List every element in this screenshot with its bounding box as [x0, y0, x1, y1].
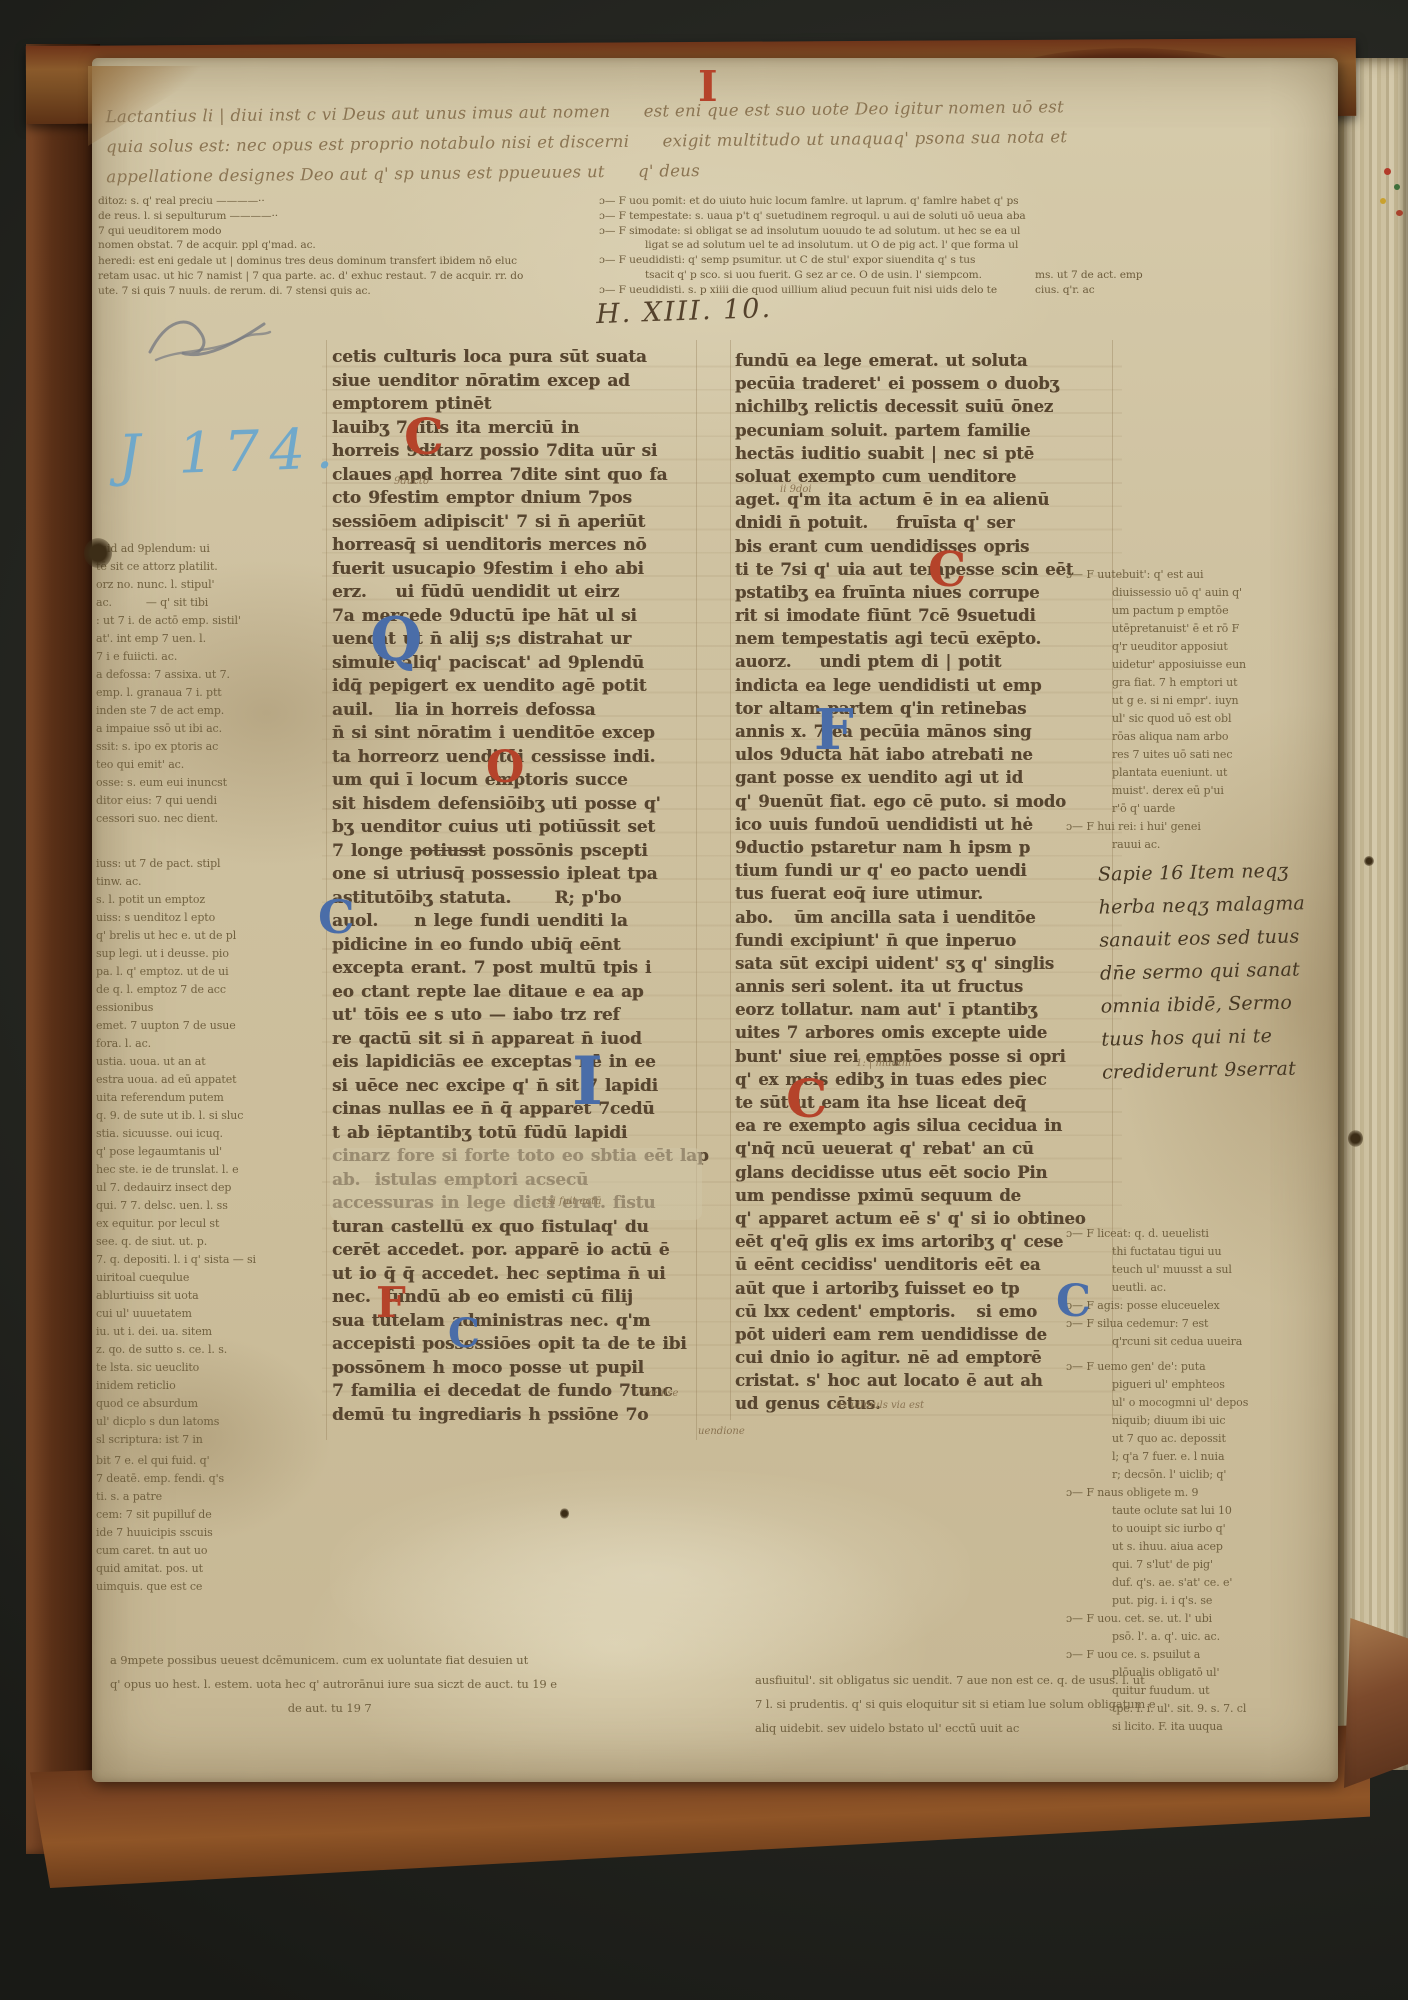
text-line: : ut 7 i. de actō emp. sistil': [96, 612, 324, 630]
text-line: astitutōibʒ statuta. R; p'bo: [332, 887, 694, 911]
interlinear-note: 9ductō: [394, 476, 429, 487]
text-line: excepta erant. 7 post multū tpis i: [332, 957, 694, 981]
text-line: eis lapidiciās ee exceptas nē in ee: [332, 1051, 694, 1075]
text-line: sessiōem adipiscit' 7 si n̄ aperiūt: [332, 511, 694, 535]
text-line: see. q. de siut. ut. p.: [96, 1233, 324, 1251]
text-line: taute oclute sat lui 10: [1112, 1502, 1344, 1520]
text-line: l; q'a 7 fuer. e. l nuia: [1112, 1448, 1344, 1466]
edge-fleck-red: [1396, 210, 1403, 216]
text-line: q' opus uo hest. l. estem. uota hec q' a…: [110, 1672, 730, 1696]
text-line: ausfiuitul'. sit obligatus sic uendit. 7…: [755, 1668, 1355, 1692]
text-line: bis erant cum uendidisses opris: [735, 535, 1111, 558]
blue-initial-I: I: [572, 1048, 603, 1114]
text-line: one si utriusq̄ possessio ipleat tpa: [332, 863, 694, 887]
text-line: pidicine in eo fundo ubiq̄ eēnt: [332, 934, 694, 958]
text-line: te lsta. sic ueuclito: [96, 1359, 324, 1377]
text-line: 7 qui ueuditorem modo: [98, 224, 578, 239]
text-line: ul' sic quod uō est obl: [1112, 710, 1344, 728]
text-line: ul 7. dedauirz insect dep: [96, 1179, 324, 1197]
bottom-gloss-right: ausfiuitul'. sit obligatus sic uendit. 7…: [755, 1668, 1355, 1740]
text-line: ide 7 huuicipis sscuis: [96, 1524, 324, 1542]
text-line: uites 7 arbores omis excepte uide: [735, 1021, 1111, 1044]
text-line: ɔ— F ueudidisti: q' semp psumitur. ut C …: [645, 253, 1345, 268]
text-line: ac. — q' sit tibi: [96, 594, 324, 612]
blue-initial-F: F: [814, 702, 854, 758]
text-line: q'rcuni sit cedua uueira: [1112, 1333, 1344, 1351]
text-line: q'r ueuditor apposiut: [1112, 638, 1344, 656]
text-line: 7 familia ei decedat de fundo 7tunc: [332, 1380, 694, 1404]
text-line: to uouipt sic iurbo q': [1112, 1520, 1344, 1538]
text-line: ɔ— F uutebuit': q' est aui: [1112, 566, 1344, 584]
text-line: bʒ uenditor cuius uti potiūssit set: [332, 816, 694, 840]
text-line: inidem reticlio: [96, 1377, 324, 1395]
text-line: qui. 7 7. delsc. uen. l. ss: [96, 1197, 324, 1215]
text-line: indicta ea lege uendidisti ut emp: [735, 674, 1111, 697]
text-line: rit si imodate fiūnt 7cē 9suetudi: [735, 604, 1111, 627]
text-line: pigueri ul' emphteos: [1112, 1376, 1344, 1394]
text-line: 7. q. depositi. l. i q' sista — si: [96, 1251, 324, 1269]
pencil-squiggle: [142, 308, 282, 368]
interlinear-note: 1: | muuthl': [856, 1058, 914, 1069]
text-line: ɔ— F agis: posse eluceuelex: [1112, 1297, 1344, 1315]
text-line: auil. lia in horreis defossa: [332, 699, 694, 723]
text-line: eo ctant repte lae ditaue e ea ap: [332, 981, 694, 1005]
shelfmark-blue-crayon: J 174.: [117, 416, 344, 489]
text-line: sanauit eos sed tuus: [1099, 919, 1350, 957]
text-line: pstatibʒ ea fruīnta niues corrupe: [735, 581, 1111, 604]
text-line: q' brelis ut hec e. ut de pl: [96, 927, 324, 945]
text-line: ti. s. a patre: [96, 1488, 324, 1506]
text-line: uiritoal cuequlue: [96, 1269, 324, 1287]
text-line: cui ul' uuuetatem: [96, 1305, 324, 1323]
text-line: abo. ūm ancilla sata i uenditōe: [735, 906, 1111, 929]
vertical-rule: [730, 340, 731, 1420]
interlinear-note: 7o: ilse: [642, 1388, 678, 1399]
red-initial-F: F: [376, 1282, 406, 1324]
text-line: sit hisdem defensiōibʒ uti posse q': [332, 793, 694, 817]
text-line: quid amitat. pos. ut: [96, 1560, 324, 1578]
text-line: duf. q's. ae. s'at' ce. e': [1112, 1574, 1344, 1592]
top-gloss-right-tail: ms. ut 7 de act. empcius. q'r. ac: [1035, 268, 1255, 298]
text-line: uimquis. que est ce: [96, 1578, 324, 1596]
wormhole: [1348, 1130, 1363, 1147]
text-line: q'nq̄ ncū ueuerat q' rebat' an cū: [735, 1137, 1111, 1160]
red-initial-C: C: [928, 546, 966, 594]
text-line: ulos 9ductā hāt iabo atrebati ne: [735, 743, 1111, 766]
text-line: ut s. ihuu. aiua acep: [1112, 1538, 1344, 1556]
text-line: ɔ— F uou ce. s. psuilut a: [1112, 1646, 1344, 1664]
text-line: rōas aliqua nam arbo: [1112, 728, 1344, 746]
text-line: tuus hos qui ni te: [1101, 1018, 1352, 1056]
edge-fleck-green: [1394, 184, 1400, 190]
text-line: pa. l. q' emptoz. ut de ui: [96, 963, 324, 981]
text-line: ico uuis fundoū uendidisti ut hė: [735, 813, 1111, 836]
text-line: claues apd horrea 7dite sint quo fa: [332, 464, 694, 488]
text-line: s. l. potit un emptoz: [96, 891, 324, 909]
text-line: ssit: s. ipo ex ptoris ac: [96, 738, 324, 756]
text-line: ɔ— F naus obligete m. 9: [1112, 1484, 1344, 1502]
text-line: ɔ— F uemo gen' de': puta: [1112, 1358, 1344, 1376]
text-line: ul' o mocogmni ul' depos: [1112, 1394, 1344, 1412]
text-line: ditoz: s. q' real preciu ————··: [98, 194, 578, 209]
text-line: cessori suo. nec dient.: [96, 810, 324, 828]
text-line: um pendisse pximū sequum de: [735, 1184, 1111, 1207]
text-line: orz no. nunc. l. stipul': [96, 576, 324, 594]
text-line: aūt que i artoribʒ fuisset eo tp: [735, 1277, 1111, 1300]
text-line: ut g e. si ni empr'. iuyn: [1112, 692, 1344, 710]
text-line: annis x. 7 ea pecūia mānos sing: [735, 720, 1111, 743]
text-line: iu. ut i. dei. ua. sitem: [96, 1323, 324, 1341]
red-initial-O: O: [486, 746, 524, 790]
blue-initial-C: C: [318, 894, 355, 940]
manuscript-photo: { "colors": { "background": "#262722", "…: [0, 0, 1408, 2000]
text-line: fora. l. ac.: [96, 1035, 324, 1053]
text-line: utēpretanuist' ē et rō F: [1112, 620, 1344, 638]
text-line: emptorem ptinēt: [332, 393, 694, 417]
text-line: sup legi. ut i deusse. pio: [96, 945, 324, 963]
text-line: ut' tōis ee s uto — iabo trz ref: [332, 1004, 694, 1028]
text-line: annis seri solent. ita ut fructus: [735, 975, 1111, 998]
text-line: hec ste. ie de trunslat. l. e: [96, 1161, 324, 1179]
blue-initial-C: C: [1056, 1280, 1091, 1324]
text-line: uidetur' apposiuisse eun: [1112, 656, 1344, 674]
text-line: teo qui emit' ac.: [96, 756, 324, 774]
red-initial-C: C: [786, 1074, 827, 1126]
text-line: eēt q'eq̄ glis ex ims artoribʒ q' cese: [735, 1230, 1111, 1253]
text-line: de aut. tu 19 7: [110, 1696, 730, 1720]
text-line: a impaiue ssō ut ibi ac.: [96, 720, 324, 738]
text-line: demū tu ingrediaris h pssiōne 7o: [332, 1404, 694, 1428]
text-line: iuss: ut 7 de pact. stipl: [96, 855, 324, 873]
text-line: sl scriptura: ist 7 in: [96, 1431, 324, 1449]
left-gloss-block-c: bit 7 e. el qui fuid. q'7 deatē. emp. fe…: [96, 1452, 324, 1596]
text-line: ɔ— F silua cedemur: 7 est: [1112, 1315, 1344, 1333]
text-line: idq̄ pepigert ex uendito agē potit: [332, 675, 694, 699]
text-line: pecuniam soluit. partem familie: [735, 419, 1111, 442]
text-line: omnia ibidē, Sermo: [1100, 985, 1351, 1023]
small-stain: [560, 1508, 569, 1519]
text-line: niquib; diuum ibi uic: [1112, 1412, 1344, 1430]
text-line: dn̄e sermo qui sanat: [1100, 952, 1351, 990]
text-line: re qactū sit si n̄ appareat n̄ iuod: [332, 1028, 694, 1052]
top-gloss-left: ditoz: s. q' real preciu ————··de reus. …: [98, 194, 578, 253]
interlinear-note: uendione: [698, 1426, 745, 1437]
faded-ink-area: [330, 1148, 702, 1220]
text-line: q' apparet actum eē s' q' si io obtineo: [735, 1207, 1111, 1230]
text-line: crediderunt 9serrat: [1102, 1051, 1353, 1089]
text-line: stia. sicuusse. oui icuq.: [96, 1125, 324, 1143]
red-initial-I: I: [698, 66, 718, 108]
text-line: um pactum p emptōe: [1112, 602, 1344, 620]
main-text-column-2: fundū ea lege emerat. ut solutapecūia tr…: [735, 349, 1111, 1416]
text-line: cristat. s' hoc aut locato ē aut ah: [735, 1369, 1111, 1392]
text-line: cum caret. tn aut uo: [96, 1542, 324, 1560]
text-line: 9ductio pstaretur nam h ipsm p: [735, 836, 1111, 859]
text-line: 7 i e fuiicti. ac.: [96, 648, 324, 666]
text-line: nichilbʒ relictis decessit suiū ōnez: [735, 395, 1111, 418]
text-line: lauibʒ 7ditis ita merciū in: [332, 417, 694, 441]
text-line: Sapie 16 Item neqʒ: [1098, 853, 1349, 891]
text-line: at'. int emp 7 uen. l.: [96, 630, 324, 648]
text-line: bit 7 e. el qui fuid. q': [96, 1452, 324, 1470]
text-line: glans decidisse utus eēt socio Pin: [735, 1161, 1111, 1184]
text-line: ueutli. ac.: [1112, 1279, 1344, 1297]
text-line: inden ste 7 de act emp.: [96, 702, 324, 720]
text-line: ut 7 quo ac. depossit: [1112, 1430, 1344, 1448]
text-line: 7 deatē. emp. fendi. q's: [96, 1470, 324, 1488]
text-line: put. pig. i. i q's. se: [1112, 1592, 1344, 1610]
text-line: dnidi n̄ potuit. fruīsta q' ser: [735, 511, 1111, 534]
text-line: tē sit ce attorz platilit.: [96, 558, 324, 576]
vertical-rule: [696, 340, 697, 1440]
text-line: nomen obstat. 7 de acquir. ppl q'mad. ac…: [98, 238, 578, 253]
text-line: si uēce nec excipe q' n̄ sit 7 lapidi: [332, 1075, 694, 1099]
text-line: q' pose legaumtanis ul': [96, 1143, 324, 1161]
text-line: gra fiat. 7 h emptori ut: [1112, 674, 1344, 692]
blue-initial-Q: Q: [370, 610, 422, 670]
left-gloss-block-b: iuss: ut 7 de pact. stipltinw. ac.s. l. …: [96, 855, 324, 1449]
blue-initial-C: C: [448, 1314, 480, 1354]
shelfmark-ink: H. XIII. 10.: [596, 293, 773, 330]
text-line: accepisti possessiōes opit ta de te ibi: [332, 1333, 694, 1357]
text-line: cetis culturis loca pura sūt suata: [332, 346, 694, 370]
wormhole: [84, 538, 112, 568]
edge-fleck-red: [1384, 168, 1391, 175]
text-line: plantata eueniunt. ut: [1112, 764, 1344, 782]
text-line: fundū ea lege emerat. ut soluta: [735, 349, 1111, 372]
edge-fleck-yellow: [1380, 198, 1386, 204]
text-line: quod ce absurdum: [96, 1395, 324, 1413]
text-line: sata sūt excipi uident' sʒ q' singlis: [735, 952, 1111, 975]
text-line: uiss: s uenditoz l epto: [96, 909, 324, 927]
text-line: eorz tollatur. nam aut' ī ptantibʒ: [735, 998, 1111, 1021]
text-line: emp. l. granaua 7 i. ptt: [96, 684, 324, 702]
text-line: auol. n lege fundi uenditi la: [332, 910, 694, 934]
text-line: cui dnio io agitur. nē ad emptorē: [735, 1346, 1111, 1369]
text-line: auorz. undi ptem di | potit: [735, 650, 1111, 673]
text-line: gant posse ex uendito agi ut id: [735, 766, 1111, 789]
red-initial-C: C: [404, 412, 444, 462]
text-line: pecūia traderet' ei possem o duobʒ: [735, 372, 1111, 395]
text-line: ex equitur. por lecul st: [96, 1215, 324, 1233]
text-line: estra uoua. ad eū appatet: [96, 1071, 324, 1089]
text-line: ɔ— F liceat: q. d. ueuelisti: [1112, 1225, 1344, 1243]
text-line: ɔ— F uou pomit: et do uiuto huic locum f…: [645, 194, 1345, 209]
interlinear-note: s. si fuit actū: [536, 1196, 602, 1207]
text-line: a defossa: 7 assixa. ut 7.: [96, 666, 324, 684]
text-line: ligat se ad solutum uel te ad insolutum.…: [645, 238, 1345, 253]
text-line: de reus. l. si sepulturum ————··: [98, 209, 578, 224]
text-line: emet. 7 uupton 7 de usue: [96, 1017, 324, 1035]
text-line: a 9mpete possibus ueuest dcēmunicem. cum…: [110, 1648, 730, 1672]
text-line: ul' dicplo s dun latoms: [96, 1413, 324, 1431]
text-line: nem tempestatis agi tecū exēpto.: [735, 627, 1111, 650]
interlinear-note: ii 9doi: [780, 484, 812, 495]
right-gloss-block-1: ɔ— F uutebuit': q' est auidiuissessio uō…: [1112, 566, 1344, 854]
text-line: cū lxx cedent' emptoris. si emo: [735, 1300, 1111, 1323]
text-line: t ab iēptantibʒ totū fūdū lapidi: [332, 1122, 694, 1146]
text-line: q' 9uenūt fiat. ego cē puto. si modo: [735, 790, 1111, 813]
text-line: ū eēnt cecidiss' uenditoris eēt ea: [735, 1253, 1111, 1276]
text-line: horreis 9ditarz possio 7dita uūr si: [332, 440, 694, 464]
text-line: herba neqʒ malagma: [1098, 886, 1349, 924]
text-line: horreasq̄ si uenditoris merces nō: [332, 534, 694, 558]
text-line: cerēt accedet. por. apparē io actū ē: [332, 1239, 694, 1263]
text-line: thi fuctatau tigui uu: [1112, 1243, 1344, 1261]
text-line: ti te 7si q' uia aut tempesse scin eēt: [735, 558, 1111, 581]
bottom-gloss-left: a 9mpete possibus ueuest dcēmunicem. cum…: [110, 1648, 730, 1720]
text-line: 7 longe potiusst possōnis pscepti: [332, 840, 694, 864]
text-line: ɔ— F hui rei: i hui' genei: [1112, 818, 1344, 836]
text-line: fuerit usucapio 9festim i eho abi: [332, 558, 694, 582]
text-line: possōnem h moco posse ut pupil: [332, 1357, 694, 1381]
text-line: tor altam partem q'in retinebas: [735, 697, 1111, 720]
text-line: pōt uideri eam rem uendidisse de: [735, 1323, 1111, 1346]
text-line: uita referendum putem: [96, 1089, 324, 1107]
text-line: cinas nullas ee n̄ q̄ apparēt 7cedū: [332, 1098, 694, 1122]
text-line: cem: 7 sit pupilluf de: [96, 1506, 324, 1524]
text-line: q. 9. de sute ut ib. l. si sluc: [96, 1107, 324, 1125]
text-line: ustia. uoua. ut an at: [96, 1053, 324, 1071]
text-line: diuissessio uō q' auin q': [1112, 584, 1344, 602]
text-line: de q. l. emptoz 7 de acc: [96, 981, 324, 999]
text-line: tium fundi ur q' eo pacto uendi: [735, 859, 1111, 882]
text-line: fuid ad 9plendum: ui: [96, 540, 324, 558]
leather-cover-left-edge: [26, 44, 100, 1854]
text-line: 7 l. si prudentis. q' si quis eloquitur …: [755, 1692, 1355, 1716]
text-line: ablurtiuiss sit uota: [96, 1287, 324, 1305]
text-line: fundi excipiunt' n̄ que inperuo: [735, 929, 1111, 952]
text-line: essionibus: [96, 999, 324, 1017]
text-line: teuch ul' muusst a sul: [1112, 1261, 1344, 1279]
text-line: osse: s. eum eui inuncst: [96, 774, 324, 792]
right-margin-note-sapientiae: Sapie 16 Item neqʒherba neqʒ malagmasana…: [1098, 853, 1353, 1089]
text-line: res 7 uites uō sati nec: [1112, 746, 1344, 764]
text-line: cius. q'r. ac: [1035, 283, 1255, 298]
text-line: erz. ui fūdū uendidit ut eirz: [332, 581, 694, 605]
text-line: muist'. derex eū p'ui: [1112, 782, 1344, 800]
text-line: hectās iuditio suabit | nec si ptē: [735, 442, 1111, 465]
right-gloss-block-2: ɔ— F liceat: q. d. ueuelistithi fuctatau…: [1112, 1225, 1344, 1351]
text-line: bunt' siue rei emptōes posse si opri: [735, 1045, 1111, 1068]
text-line: ɔ— F tempestate: s. uaua p't q' suetudin…: [645, 209, 1345, 224]
text-line: r; decsōn. l' uiclib; q': [1112, 1466, 1344, 1484]
wormhole: [1364, 856, 1374, 866]
text-line: r'ō q' uarde: [1112, 800, 1344, 818]
text-line: rauui ac.: [1112, 836, 1344, 854]
text-line: tus fuerat eoq̄ iure utimur.: [735, 882, 1111, 905]
text-line: siue uenditor nōratim excep ad: [332, 370, 694, 394]
interlinear-note: ex uilmuls via est: [836, 1400, 924, 1411]
text-line: z. qo. de sutto s. ce. l. s.: [96, 1341, 324, 1359]
text-line: aliq uidebit. sev uidelo bstato ul' ecct…: [755, 1716, 1355, 1740]
text-line: tinw. ac.: [96, 873, 324, 891]
left-gloss-block-a: fuid ad 9plendum: uitē sit ce attorz pla…: [96, 540, 324, 828]
text-line: qui. 7 s'lut' de pig': [1112, 1556, 1344, 1574]
text-line: ditor eius: 7 qui uendi: [96, 792, 324, 810]
text-line: ɔ— F uou. cet. se. ut. l' ubi: [1112, 1610, 1344, 1628]
text-line: ɔ— F simodate: si obligat se ad insolutu…: [645, 224, 1345, 239]
text-line: cto 9festim emptor dnium 7pos: [332, 487, 694, 511]
main-text-column-1: cetis culturis loca pura sūt suatasiue u…: [332, 346, 694, 1427]
text-line: ms. ut 7 de act. emp: [1035, 268, 1255, 283]
text-line: psō. l'. a. q'. uic. ac.: [1112, 1628, 1344, 1646]
